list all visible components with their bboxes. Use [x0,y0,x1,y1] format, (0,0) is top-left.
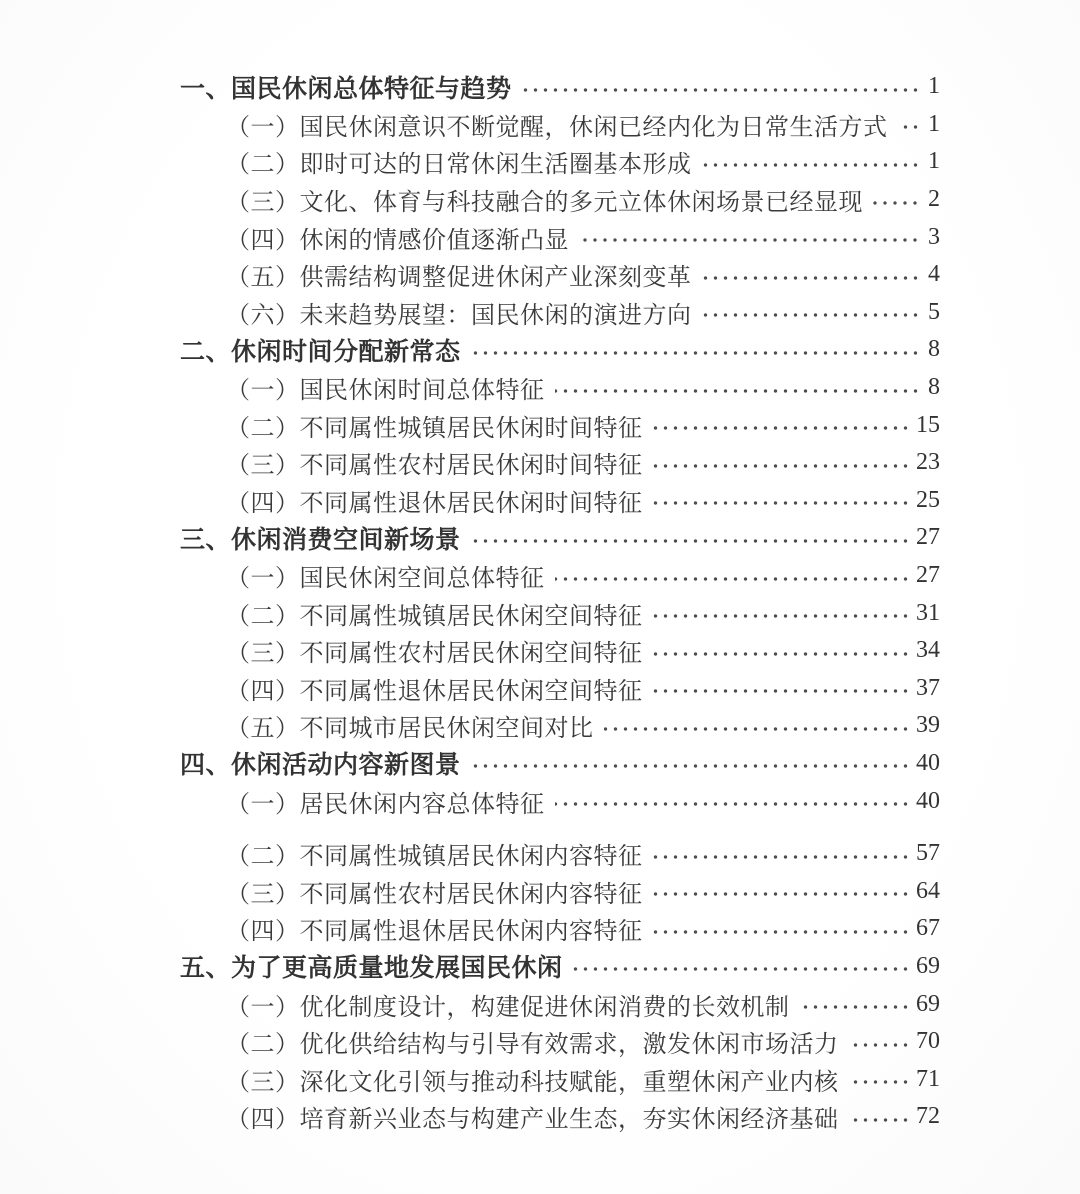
dotted-leader [471,535,910,547]
toc-entry-page: 27 [916,524,940,551]
dotted-leader [849,1076,911,1088]
toc-entry-page: 25 [916,487,940,514]
dotted-leader [471,347,920,359]
toc-item-row: （一）国民休闲时间总体特征8 [180,369,940,407]
toc-item-row: （一）居民休闲内容总体特征40 [180,782,940,820]
toc-entry-page: 64 [916,878,940,905]
dotted-leader [555,798,911,810]
toc-entry-page: 23 [916,449,940,476]
toc-entry-title: （一）国民休闲空间总体特征 [226,558,545,593]
toc-entry-page: 69 [916,953,940,980]
toc-entry-title: （五）不同城市居民休闲空间对比 [226,708,594,743]
dotted-leader [522,84,920,96]
dotted-leader [555,385,921,397]
toc-item-row: （二）不同属性城镇居民休闲时间特征15 [180,406,940,444]
toc-item-row: （四）不同属性退休居民休闲时间特征25 [180,482,940,520]
dotted-leader [471,760,910,772]
toc-entry-page: 40 [916,788,940,815]
toc-entry-page: 71 [916,1066,940,1093]
dotted-leader [702,309,921,321]
toc-entry-page: 15 [916,412,940,439]
toc-entry-page: 40 [916,750,940,777]
dotted-leader [898,121,921,133]
toc-item-row: （三）不同属性农村居民休闲空间特征34 [180,632,940,670]
toc-entry-title: （一）国民休闲时间总体特征 [226,370,545,405]
toc-item-row: （三）不同属性农村居民休闲内容特征64 [180,872,940,910]
dotted-leader [849,1114,911,1126]
dotted-leader [653,888,911,900]
toc-item-row: （一）优化制度设计，构建促进休闲消费的长效机制69 [180,985,940,1023]
toc-entry-title: （二）不同属性城镇居民休闲空间特征 [226,596,643,631]
toc-entry-page: 4 [926,261,940,288]
toc-item-row: （四）不同属性退休居民休闲内容特征67 [180,910,940,948]
toc-entry-page: 31 [916,600,940,627]
toc-item-row: （二）优化供给结构与引导有效需求，激发休闲市场活力70 [180,1023,940,1061]
toc-item-row: （三）深化文化引领与推动科技赋能，重塑休闲产业内核71 [180,1060,940,1098]
toc-entry-title: （一）居民休闲内容总体特征 [226,784,545,819]
dotted-leader [653,926,911,938]
dotted-leader [702,272,921,284]
toc-section-row: 二、休闲时间分配新常态8 [180,331,940,369]
toc-entry-page: 8 [926,336,940,363]
dotted-leader [653,422,911,434]
dotted-leader [555,573,911,585]
dotted-leader [653,648,911,660]
toc-entry-title: 五、为了更高质量地发展国民休闲 [180,948,563,984]
toc-item-row: （三）不同属性农村居民休闲时间特征23 [180,444,940,482]
toc-entry-title: （三）深化文化引领与推动科技赋能，重塑休闲产业内核 [226,1062,839,1097]
toc-entry-title: （二）优化供给结构与引导有效需求，激发休闲市场活力 [226,1024,839,1059]
toc-entry-title: 三、休闲消费空间新场景 [180,520,461,556]
toc-entry-title: （三）文化、体育与科技融合的多元立体休闲场景已经显现 [226,182,863,217]
toc-entry-title: （五）供需结构调整促进休闲产业深刻变革 [226,257,692,292]
dotted-leader [849,1039,911,1051]
toc-entry-title: （三）不同属性农村居民休闲时间特征 [226,445,643,480]
toc-item-row: （四）休闲的情感价值逐渐凸显3 [180,218,940,256]
toc-list: 一、国民休闲总体特征与趋势1（一）国民休闲意识不断觉醒，休闲已经内化为日常生活方… [180,68,940,1136]
toc-entry-title: （四）不同属性退休居民休闲空间特征 [226,671,643,706]
toc-entry-page: 1 [926,148,940,175]
toc-entry-page: 67 [916,915,940,942]
toc-item-row: （一）国民休闲意识不断觉醒，休闲已经内化为日常生活方式1 [180,106,940,144]
dotted-leader [873,197,920,209]
dotted-leader [653,460,911,472]
dotted-leader [653,610,911,622]
toc-entry-page: 57 [916,840,940,867]
dotted-leader [653,851,911,863]
toc-entry-page: 72 [916,1103,940,1130]
toc-item-row: （六）未来趋势展望：国民休闲的演进方向5 [180,294,940,332]
dotted-leader [800,1001,911,1013]
toc-entry-page: 37 [916,675,940,702]
toc-entry-page: 3 [926,224,940,251]
toc-section-row: 五、为了更高质量地发展国民休闲69 [180,948,940,986]
toc-entry-page: 8 [926,374,940,401]
toc-entry-title: 四、休闲活动内容新图景 [180,745,461,781]
toc-section-row: 一、国民休闲总体特征与趋势1 [180,68,940,106]
toc-entry-page: 2 [926,186,940,213]
toc-entry-title: （二）不同属性城镇居民休闲内容特征 [226,836,643,871]
dotted-leader [573,963,910,975]
toc-item-row: （二）不同属性城镇居民休闲空间特征31 [180,594,940,632]
dotted-leader [579,234,920,246]
toc-item-row: （五）供需结构调整促进休闲产业深刻变革4 [180,256,940,294]
toc-entry-title: （一）国民休闲意识不断觉醒，休闲已经内化为日常生活方式 [226,107,888,142]
toc-entry-title: （四）培育新兴业态与构建产业生态，夯实休闲经济基础 [226,1099,839,1134]
dotted-leader [702,159,921,171]
toc-item-row: （三）文化、体育与科技融合的多元立体休闲场景已经显现2 [180,181,940,219]
toc-entry-title: （四）不同属性退休居民休闲内容特征 [226,911,643,946]
toc-entry-page: 69 [916,991,940,1018]
toc-item-row: （一）国民休闲空间总体特征27 [180,557,940,595]
toc-entry-title: 一、国民休闲总体特征与趋势 [180,69,512,105]
toc-entry-title: （一）优化制度设计，构建促进休闲消费的长效机制 [226,987,790,1022]
toc-entry-page: 39 [916,712,940,739]
toc-entry-page: 27 [916,562,940,589]
toc-entry-title: （二）不同属性城镇居民休闲时间特征 [226,408,643,443]
toc-entry-title: （三）不同属性农村居民休闲内容特征 [226,874,643,909]
toc-item-row: （二）即时可达的日常休闲生活圈基本形成1 [180,143,940,181]
toc-entry-title: （六）未来趋势展望：国民休闲的演进方向 [226,295,692,330]
toc-item-row: （二）不同属性城镇居民休闲内容特征57 [180,835,940,873]
toc-entry-title: （二）即时可达的日常休闲生活圈基本形成 [226,144,692,179]
toc-entry-title: 二、休闲时间分配新常态 [180,332,461,368]
toc-item-row: （五）不同城市居民休闲空间对比39 [180,707,940,745]
toc-entry-page: 1 [926,111,940,138]
toc-entry-page: 5 [926,299,940,326]
toc-item-row: （四）培育新兴业态与构建产业生态，夯实休闲经济基础72 [180,1098,940,1136]
toc-entry-page: 70 [916,1028,940,1055]
dotted-leader [653,497,911,509]
toc-entry-page: 34 [916,637,940,664]
dotted-leader [604,723,911,735]
toc-entry-title: （四）不同属性退休居民休闲时间特征 [226,483,643,518]
toc-entry-title: （四）休闲的情感价值逐渐凸显 [226,220,569,255]
dotted-leader [653,685,911,697]
toc-item-row: （四）不同属性退休居民休闲空间特征37 [180,670,940,708]
toc-page: 一、国民休闲总体特征与趋势1（一）国民休闲意识不断觉醒，休闲已经内化为日常生活方… [0,0,1080,1194]
toc-entry-page: 1 [926,73,940,100]
toc-entry-title: （三）不同属性农村居民休闲空间特征 [226,633,643,668]
toc-section-row: 三、休闲消费空间新场景27 [180,519,940,557]
toc-section-row: 四、休闲活动内容新图景40 [180,745,940,783]
